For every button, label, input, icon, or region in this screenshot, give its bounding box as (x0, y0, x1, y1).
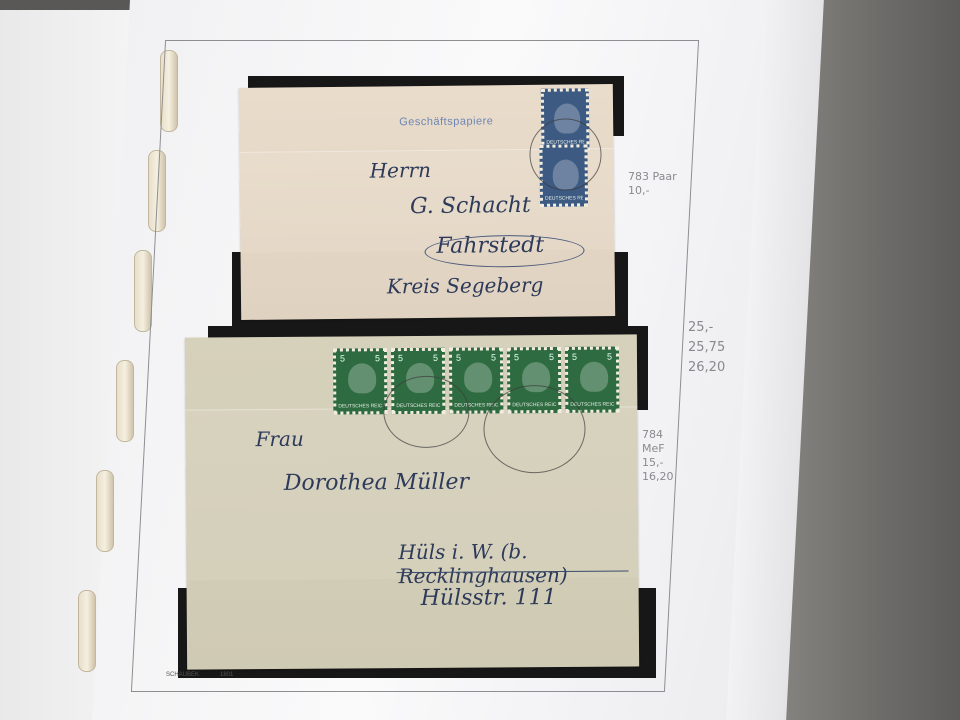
address-line: Hülsstr. 111 (421, 585, 557, 611)
address-line: Kreis Segeberg (387, 273, 544, 299)
binder-ring (134, 250, 152, 332)
pencil-note: 783 Paar10,- (628, 170, 677, 198)
underline-oval (424, 234, 584, 268)
cover-top: Geschäftspapiere DEUTSCHES REICH DEUTSCH… (239, 84, 615, 320)
address-line: Herrn (370, 158, 432, 183)
pencil-note: 784MeF15,-16,20 (642, 428, 674, 484)
address-line: Frau (255, 427, 303, 451)
cover-bottom: 55DEUTSCHES REICH 55DEUTSCHES REICH 55DE… (185, 334, 639, 669)
stamp: 55DEUTSCHES REICH (333, 348, 387, 414)
address-line: Dorothea Müller (284, 470, 469, 496)
postmark (529, 118, 602, 191)
album-brand: SCHAUBEK (166, 672, 199, 678)
binder-ring (116, 360, 134, 442)
address-line: Hüls i. W. (b. Recklinghausen) (398, 538, 638, 588)
binder-ring (96, 470, 114, 552)
postmark (383, 376, 470, 449)
page-number: 1801 (220, 672, 233, 678)
margin-pencil-note: 25,-25,7526,20 (688, 318, 725, 378)
address-line: G. Schacht (410, 193, 531, 219)
postmark (483, 385, 586, 474)
sender-stamp: Geschäftspapiere (399, 115, 493, 128)
binder-ring (78, 590, 96, 672)
